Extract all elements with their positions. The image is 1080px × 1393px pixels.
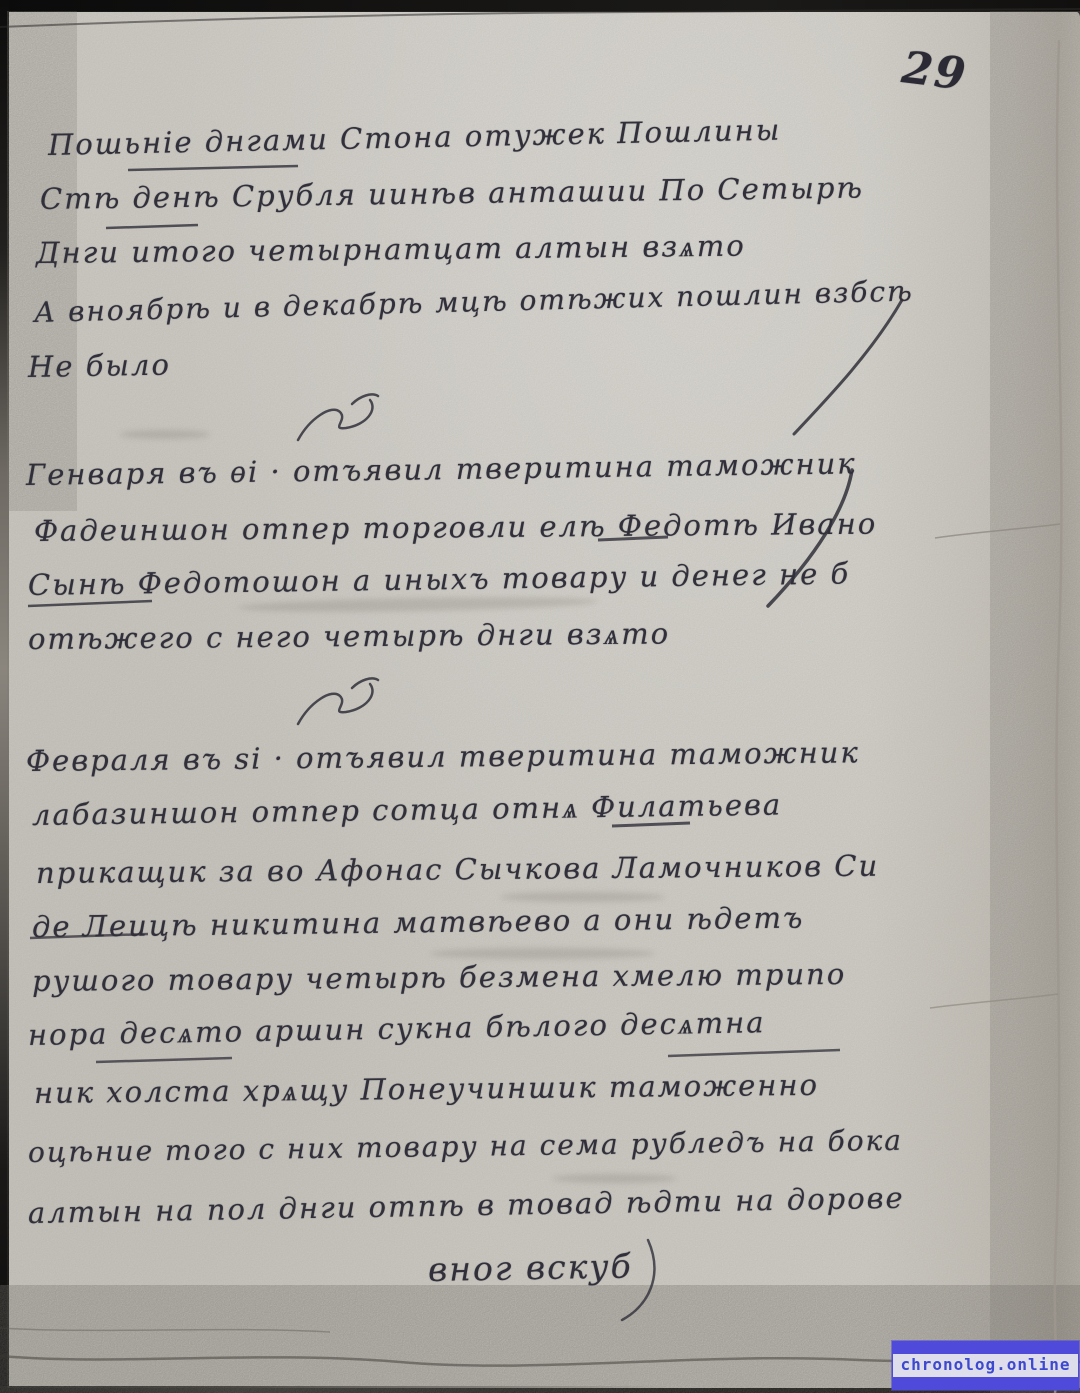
manuscript-scan: { "page_number": "29", "manuscript": { "… [0, 0, 1080, 1393]
right-crease-1 [935, 524, 1060, 538]
smudge-mark [552, 1174, 677, 1183]
strike-stroke-1 [28, 601, 152, 606]
scanned-page: 29 Пошьніе днгами Стона отужек Пошлины С… [0, 0, 1080, 1393]
right-crease-2 [930, 994, 1058, 1008]
section-flourish-1 [298, 394, 378, 440]
underline-stroke-4 [96, 1058, 232, 1062]
handwritten-line: рушого товару четырѣ безмена хмелю трипо [32, 957, 846, 998]
torn-right-edge [1055, 40, 1062, 1393]
bottom-crease-2 [0, 1328, 330, 1332]
underline-stroke-2 [106, 225, 198, 228]
handwritten-line: вног вскуб [428, 1246, 633, 1289]
top-crease [0, 9, 1080, 27]
smudge-mark [430, 948, 655, 959]
watermark: chronolog.online [892, 1341, 1079, 1390]
underline-stroke-1 [128, 166, 298, 170]
watermark-text: chronolog.online [900, 1355, 1070, 1374]
handwritten-line: Не было [28, 348, 171, 384]
handwritten-line: отѣжего с него четырѣ днги взѧто [28, 616, 670, 657]
underline-stroke-5 [668, 1050, 840, 1056]
watermark-label-box: chronolog.online [893, 1354, 1077, 1377]
page-number: 29 [899, 42, 970, 101]
section-flourish-2 [298, 678, 378, 724]
ink-flourish-1 [794, 300, 902, 434]
smudge-mark [500, 892, 665, 902]
smudge-mark [120, 430, 210, 439]
handwritten-line: Днги итого четырнатцат алтын взѧто [36, 229, 746, 271]
